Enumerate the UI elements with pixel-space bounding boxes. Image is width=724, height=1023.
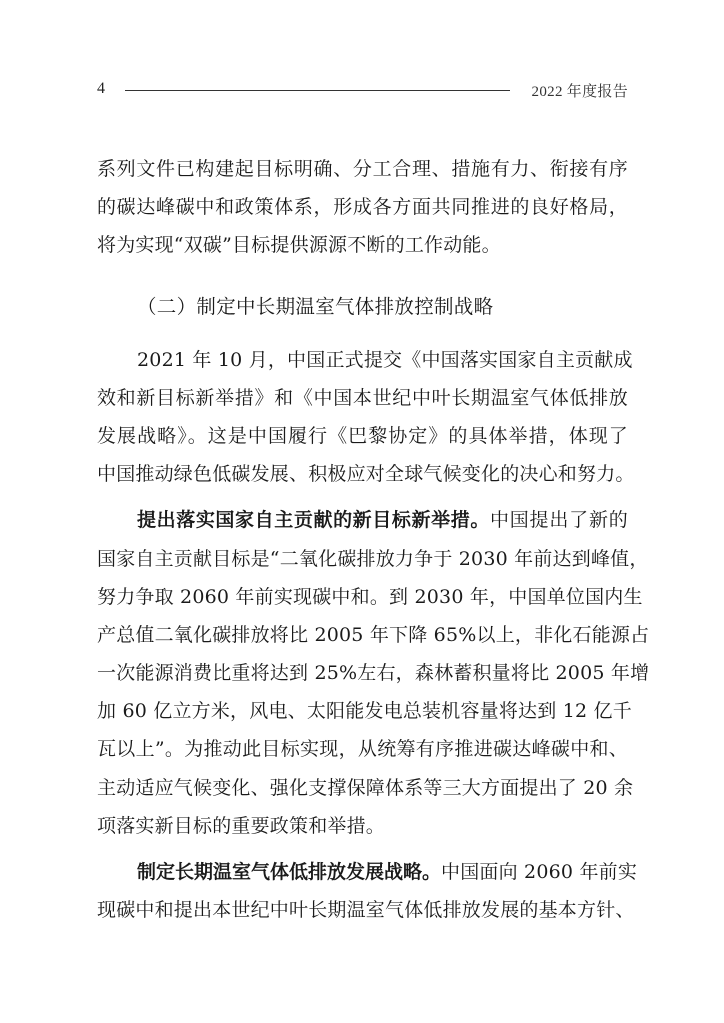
bold-lead-text: 制定长期温室气体低排放发展战略。 (137, 861, 441, 883)
page-number: 4 (97, 80, 105, 98)
text-line: 提出落实国家自主贡献的新目标新举措。中国提出了新的 (97, 501, 628, 539)
page-header: 4 2022 年度报告 (97, 78, 628, 102)
text-line: 2021 年 10 月，中国正式提交《中国落实国家自主贡献成 (97, 341, 628, 379)
text-line: 发展战略》。这是中国履行《巴黎协定》的具体举措，体现了 (97, 417, 628, 455)
text-line: 瓦以上”。为推动此目标实现，从统筹有序推进碳达峰碳中和、 (97, 730, 628, 768)
text-line: 的碳达峰碳中和政策体系，形成各方面共同推进的良好格局， (97, 188, 628, 226)
running-title: 2022 年度报告 (532, 80, 628, 101)
text-line: 项落实新目标的重要政策和举措。 (97, 807, 628, 845)
text-line: 加 60 亿立方米，风电、太阳能发电总装机容量将达到 12 亿千 (97, 692, 628, 730)
paragraph-submission: 2021 年 10 月，中国正式提交《中国落实国家自主贡献成 效和新目标新举措》… (97, 341, 628, 494)
intro-paragraph: 系列文件已构建起目标明确、分工合理、措施有力、衔接有序 的碳达峰碳中和政策体系，… (97, 150, 628, 265)
paragraph-long-term-strategy: 制定长期温室气体低排放发展战略。中国面向 2060 年前实 现碳中和提出本世纪中… (97, 853, 628, 929)
text-line: 国家自主贡献目标是“二氧化碳排放力争于 2030 年前达到峰值， (97, 540, 628, 578)
text-line: 一次能源消费比重将达到 25%左右，森林蓄积量将比 2005 年增 (97, 654, 628, 692)
header-rule (125, 90, 510, 91)
text-line: 主动适应气候变化、强化支撑保障体系等三大方面提出了 20 余 (97, 769, 628, 807)
text-line: 现碳中和提出本世纪中叶长期温室气体低排放发展的基本方针、 (97, 891, 628, 929)
text-line: 将为实现“双碳”目标提供源源不断的工作动能。 (97, 226, 628, 264)
paragraph-ndc-targets: 提出落实国家自主贡献的新目标新举措。中国提出了新的 国家自主贡献目标是“二氧化碳… (97, 501, 628, 845)
text-run: 中国面向 2060 年前实 (441, 861, 637, 883)
text-line: 努力争取 2060 年前实现碳中和。到 2030 年，中国单位国内生 (97, 578, 628, 616)
text-line: 制定长期温室气体低排放发展战略。中国面向 2060 年前实 (97, 853, 628, 891)
text-line: 产总值二氧化碳排放将比 2005 年下降 65%以上，非化石能源占 (97, 616, 628, 654)
page-body: 系列文件已构建起目标明确、分工合理、措施有力、衔接有序 的碳达峰碳中和政策体系，… (97, 150, 628, 929)
text-run: 中国提出了新的 (490, 509, 628, 531)
text-line: 中国推动绿色低碳发展、积极应对全球气候变化的决心和努力。 (97, 455, 628, 493)
text-line: 效和新目标新举措》和《中国本世纪中叶长期温室气体低排放 (97, 379, 628, 417)
section-heading: （二）制定中长期温室气体排放控制战略 (97, 287, 628, 327)
bold-lead-text: 提出落实国家自主贡献的新目标新举措。 (137, 509, 490, 531)
text-line: 系列文件已构建起目标明确、分工合理、措施有力、衔接有序 (97, 150, 628, 188)
